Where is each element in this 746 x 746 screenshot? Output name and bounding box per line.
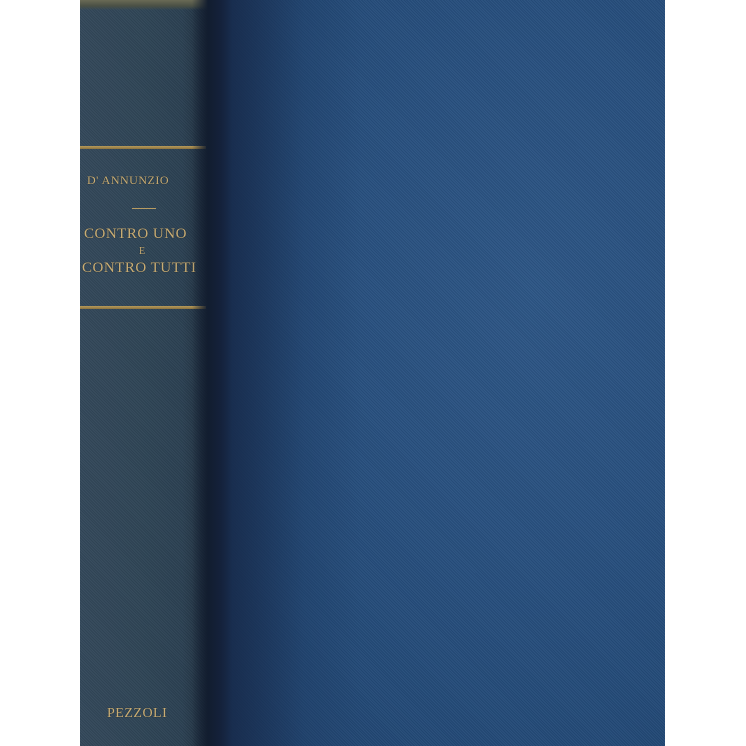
title-line-1: CONTRO UNO [84, 226, 187, 243]
spine-top-wear [80, 0, 208, 10]
author-label: D' ANNUNZIO [87, 173, 169, 188]
book-spine: D' ANNUNZIO CONTRO UNO E CONTRO TUTTI PE… [80, 0, 208, 746]
title-line-2: E [139, 246, 146, 257]
publisher-label: PEZZOLI [107, 706, 167, 722]
title-line-3: CONTRO TUTTI [82, 260, 196, 277]
gilt-short-rule [132, 208, 156, 209]
gilt-rule-bottom [80, 306, 206, 309]
book: D' ANNUNZIO CONTRO UNO E CONTRO TUTTI PE… [80, 0, 665, 746]
gilt-rule-top [80, 146, 206, 149]
spine-hinge [192, 0, 232, 746]
cover-shading [220, 0, 360, 746]
